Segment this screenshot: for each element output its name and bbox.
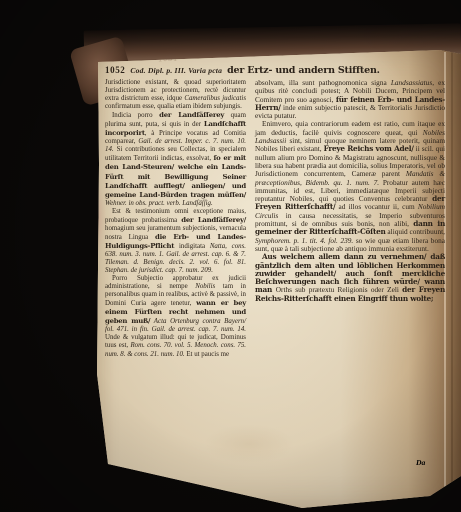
latin-text: confirmatum esse, qualia etiam ibidem su… — [105, 103, 242, 110]
printed-text-area: 1052 Cod. Dipl. p. III. Varia pcta der E… — [105, 65, 451, 359]
header-title-latin: Cod. Dipl. p. III. Varia pcta — [130, 66, 222, 75]
running-header: 1052 Cod. Dipl. p. III. Varia pcta der E… — [105, 65, 451, 76]
right-column: absolvam, illa sunt pathognomonica signa… — [255, 79, 445, 359]
blackletter-text: der Landſäſſerey — [159, 111, 224, 119]
paragraph: Indicia porro der Landſäſſerey quam plur… — [105, 111, 246, 208]
paper-stain — [204, 424, 294, 464]
paragraph: Est & testimonium omni exceptione maius,… — [105, 208, 246, 275]
two-column-text: Jurisdictione existant, & quoad superior… — [105, 79, 451, 359]
book-page: 1051 1052 Cod. Dipl. p. III. Varia pcta … — [84, 44, 461, 512]
paragraph: Enimvero, quia contrariorum eadem est ra… — [255, 120, 445, 253]
citation-text: Wehner. in obs. pract. verb. Landſäſſig. — [105, 200, 213, 207]
paragraph: absolvam, illa sunt pathognomonica signa… — [255, 79, 445, 120]
latin-text: Et ut paucis me — [185, 351, 229, 358]
latin-text: indigitata — [174, 243, 210, 250]
catchword: Da — [416, 458, 425, 467]
paragraph: Aus welchem allem dann zu vernehmen/ daß… — [255, 253, 445, 303]
paragraph: Porro Subjectio approbatur ex judicii ad… — [105, 275, 246, 358]
paragraph: Jurisdictione existant, & quoad superior… — [105, 79, 246, 111]
page-number: 1052 — [105, 65, 125, 75]
blackletter-text: der Landſäſſerey/ — [181, 216, 246, 224]
latin-text: Indicia porro — [112, 112, 159, 119]
citation-text: Cameralibus judicatis — [184, 95, 246, 102]
latin-text: Enimvero, quia contrariorum eadem est ra… — [255, 119, 445, 136]
citation-text: Nobilis — [195, 283, 215, 290]
left-column: Jurisdictione existant, & quoad superior… — [105, 79, 246, 359]
page-crease-shadow — [451, 50, 453, 500]
book-page-photo: 1051 1052 Cod. Dipl. p. III. Varia pcta … — [0, 0, 461, 512]
latin-text: inde enim subjectio patescit, & Territor… — [255, 103, 445, 120]
header-title-german: der Ertz- und andern Stifften. — [227, 65, 380, 76]
